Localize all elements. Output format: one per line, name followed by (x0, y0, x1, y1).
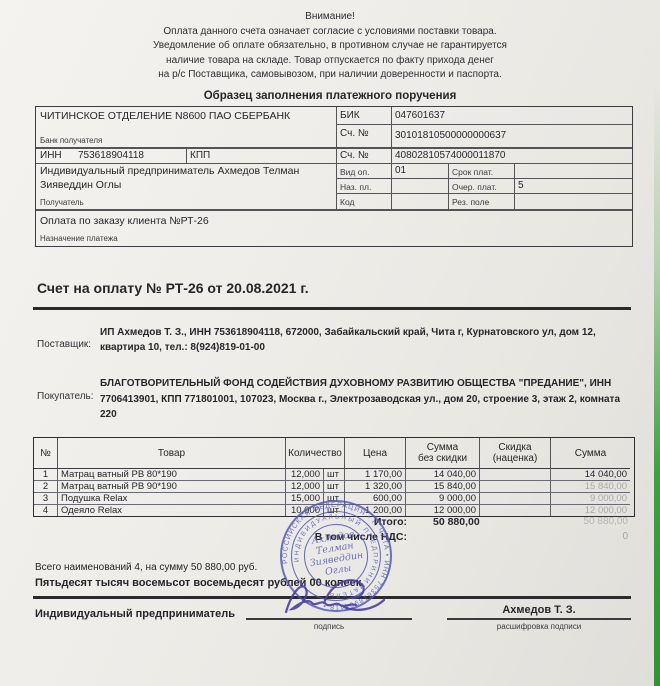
col-header-discount-line: Скидка (493, 442, 538, 453)
bik-label: БИК (340, 110, 360, 121)
signature-name-caption: расшифровка подписи (447, 622, 631, 631)
item-sum: 15 840,00 (551, 481, 630, 493)
corr-account-value: 30101810500000000637 (395, 130, 506, 141)
col-header-num: № (34, 438, 58, 469)
item-sum: 12 000,00 (551, 505, 630, 516)
invoice-document: Внимание! Оплата данного счета означает … (0, 0, 660, 686)
buyer-text: БЛАГОТВОРИТЕЛЬНЫЙ ФОНД СОДЕЙСТВИЯ ДУХОВН… (100, 376, 634, 423)
company-stamp: РОССИЙСКАЯ ФЕДЕРАЦИЯ • Г. ЧИТА • ИНН 753… (238, 458, 435, 655)
total-value-right: 50 880,00 (520, 516, 628, 527)
payment-order-title: Образец заполнения платежного поручения (0, 90, 660, 102)
notice-line: Оплата данного счета означает согласие с… (0, 25, 660, 40)
notice-line: наличие товара на складе. Товар отпускае… (0, 54, 660, 69)
table-divider (514, 163, 515, 209)
bank-caption: Банк получателя (40, 136, 102, 145)
kpp-label: КПП (190, 150, 210, 161)
purpose-caption: Назначение платежа (40, 234, 118, 243)
item-sum: 14 040,00 (551, 469, 630, 481)
invoice-title: Счет на оплату № РТ-26 от 20.08.2021 г. (37, 280, 309, 296)
item-num: 1 (34, 469, 58, 481)
bik-value: 047601637 (395, 110, 445, 121)
table-divider (36, 209, 632, 211)
table-divider (36, 147, 632, 149)
inn-value: 753618904118 (78, 150, 144, 161)
corr-account-label: Сч. № (340, 128, 369, 139)
item-num: 3 (34, 493, 58, 505)
col-header-sum: Сумма (551, 438, 630, 469)
table-divider (448, 163, 449, 209)
item-discount (480, 493, 551, 505)
account-value: 40802810574000011870 (395, 150, 506, 161)
item-discount (480, 505, 551, 516)
inn-label: ИНН (40, 150, 62, 161)
ocher-plat-value: 5 (518, 180, 524, 191)
account-label: Сч. № (340, 150, 369, 161)
divider-line (33, 307, 631, 310)
rez-pole-label: Рез. поле (452, 197, 489, 207)
table-divider (336, 193, 632, 194)
item-num: 4 (34, 505, 58, 516)
item-sum-base: 12 000,00 (406, 505, 480, 516)
items-table-header: № Товар Количество Цена Суммабез скидки … (34, 438, 634, 469)
role-label: Индивидуальный предприниматель (35, 608, 235, 620)
handwritten-signature (282, 576, 390, 622)
signature-line (447, 618, 631, 620)
srok-plat-label: Срок плат. (452, 167, 493, 177)
stamp-center-text: Ахмедов Телман Зияведдин Оглы (306, 528, 366, 580)
supplier-text: ИП Ахмедов Т. З., ИНН 753618904118, 6720… (100, 325, 634, 355)
items-count-line: Всего наименований 4, на сумму 50 880,00… (35, 562, 257, 573)
item-discount (480, 469, 551, 481)
payee-caption: Получатель (40, 198, 84, 207)
table-divider (186, 147, 187, 163)
table-divider (336, 124, 632, 125)
vid-op-label: Вид оп. (340, 167, 369, 177)
buyer-label: Покупатель: (37, 391, 94, 402)
naz-pl-label: Наз. пл. (340, 182, 371, 192)
table-divider (336, 178, 632, 179)
notice-title: Внимание! (0, 10, 660, 25)
col-header-sum-base-line: Сумма (418, 442, 467, 453)
payment-purpose: Оплата по заказу клиента №РТ-26 (40, 215, 209, 227)
notice-line: Уведомление об оплате обязательно, в про… (0, 39, 660, 54)
item-sum-base: 15 840,00 (406, 481, 480, 493)
vid-op-value: 01 (395, 165, 406, 176)
payment-notice: Внимание! Оплата данного счета означает … (0, 10, 660, 83)
item-name: Матрац ватный РВ 80*190 (58, 469, 286, 481)
kod-label: Код (340, 197, 354, 207)
table-divider (36, 163, 632, 164)
payment-order-table: ЧИТИНСКОЕ ОТДЕЛЕНИЕ N8600 ПАО СБЕРБАНК Б… (35, 106, 633, 247)
payee-name: Индивидуальный предприниматель Ахмедов Т… (40, 165, 320, 192)
item-sum: 9 000,00 (551, 493, 630, 505)
col-header-name: Товар (58, 438, 286, 469)
col-header-sum-base: Суммабез скидки (406, 438, 480, 469)
col-header-discount-line: (наценка) (493, 453, 538, 464)
col-header-sum-base-line: без скидки (418, 453, 467, 464)
item-sum-base: 14 040,00 (406, 469, 480, 481)
bank-name: ЧИТИНСКОЕ ОТДЕЛЕНИЕ N8600 ПАО СБЕРБАНК (40, 110, 332, 122)
signer-name: Ахмедов Т. З. (447, 604, 631, 616)
col-header-qty: Количество (286, 438, 345, 469)
notice-line: на р/с Поставщика, самовывозом, при нали… (0, 68, 660, 83)
item-sum-base: 9 000,00 (406, 493, 480, 505)
vat-value-right: 0 (520, 531, 628, 542)
photo-background-edge (654, 86, 660, 686)
supplier-label: Поставщик: (37, 339, 91, 350)
total-value: 50 880,00 (433, 516, 480, 528)
ocher-plat-label: Очер. плат. (452, 182, 497, 192)
item-discount (480, 481, 551, 493)
col-header-discount: Скидка(наценка) (480, 438, 551, 469)
item-num: 2 (34, 481, 58, 493)
